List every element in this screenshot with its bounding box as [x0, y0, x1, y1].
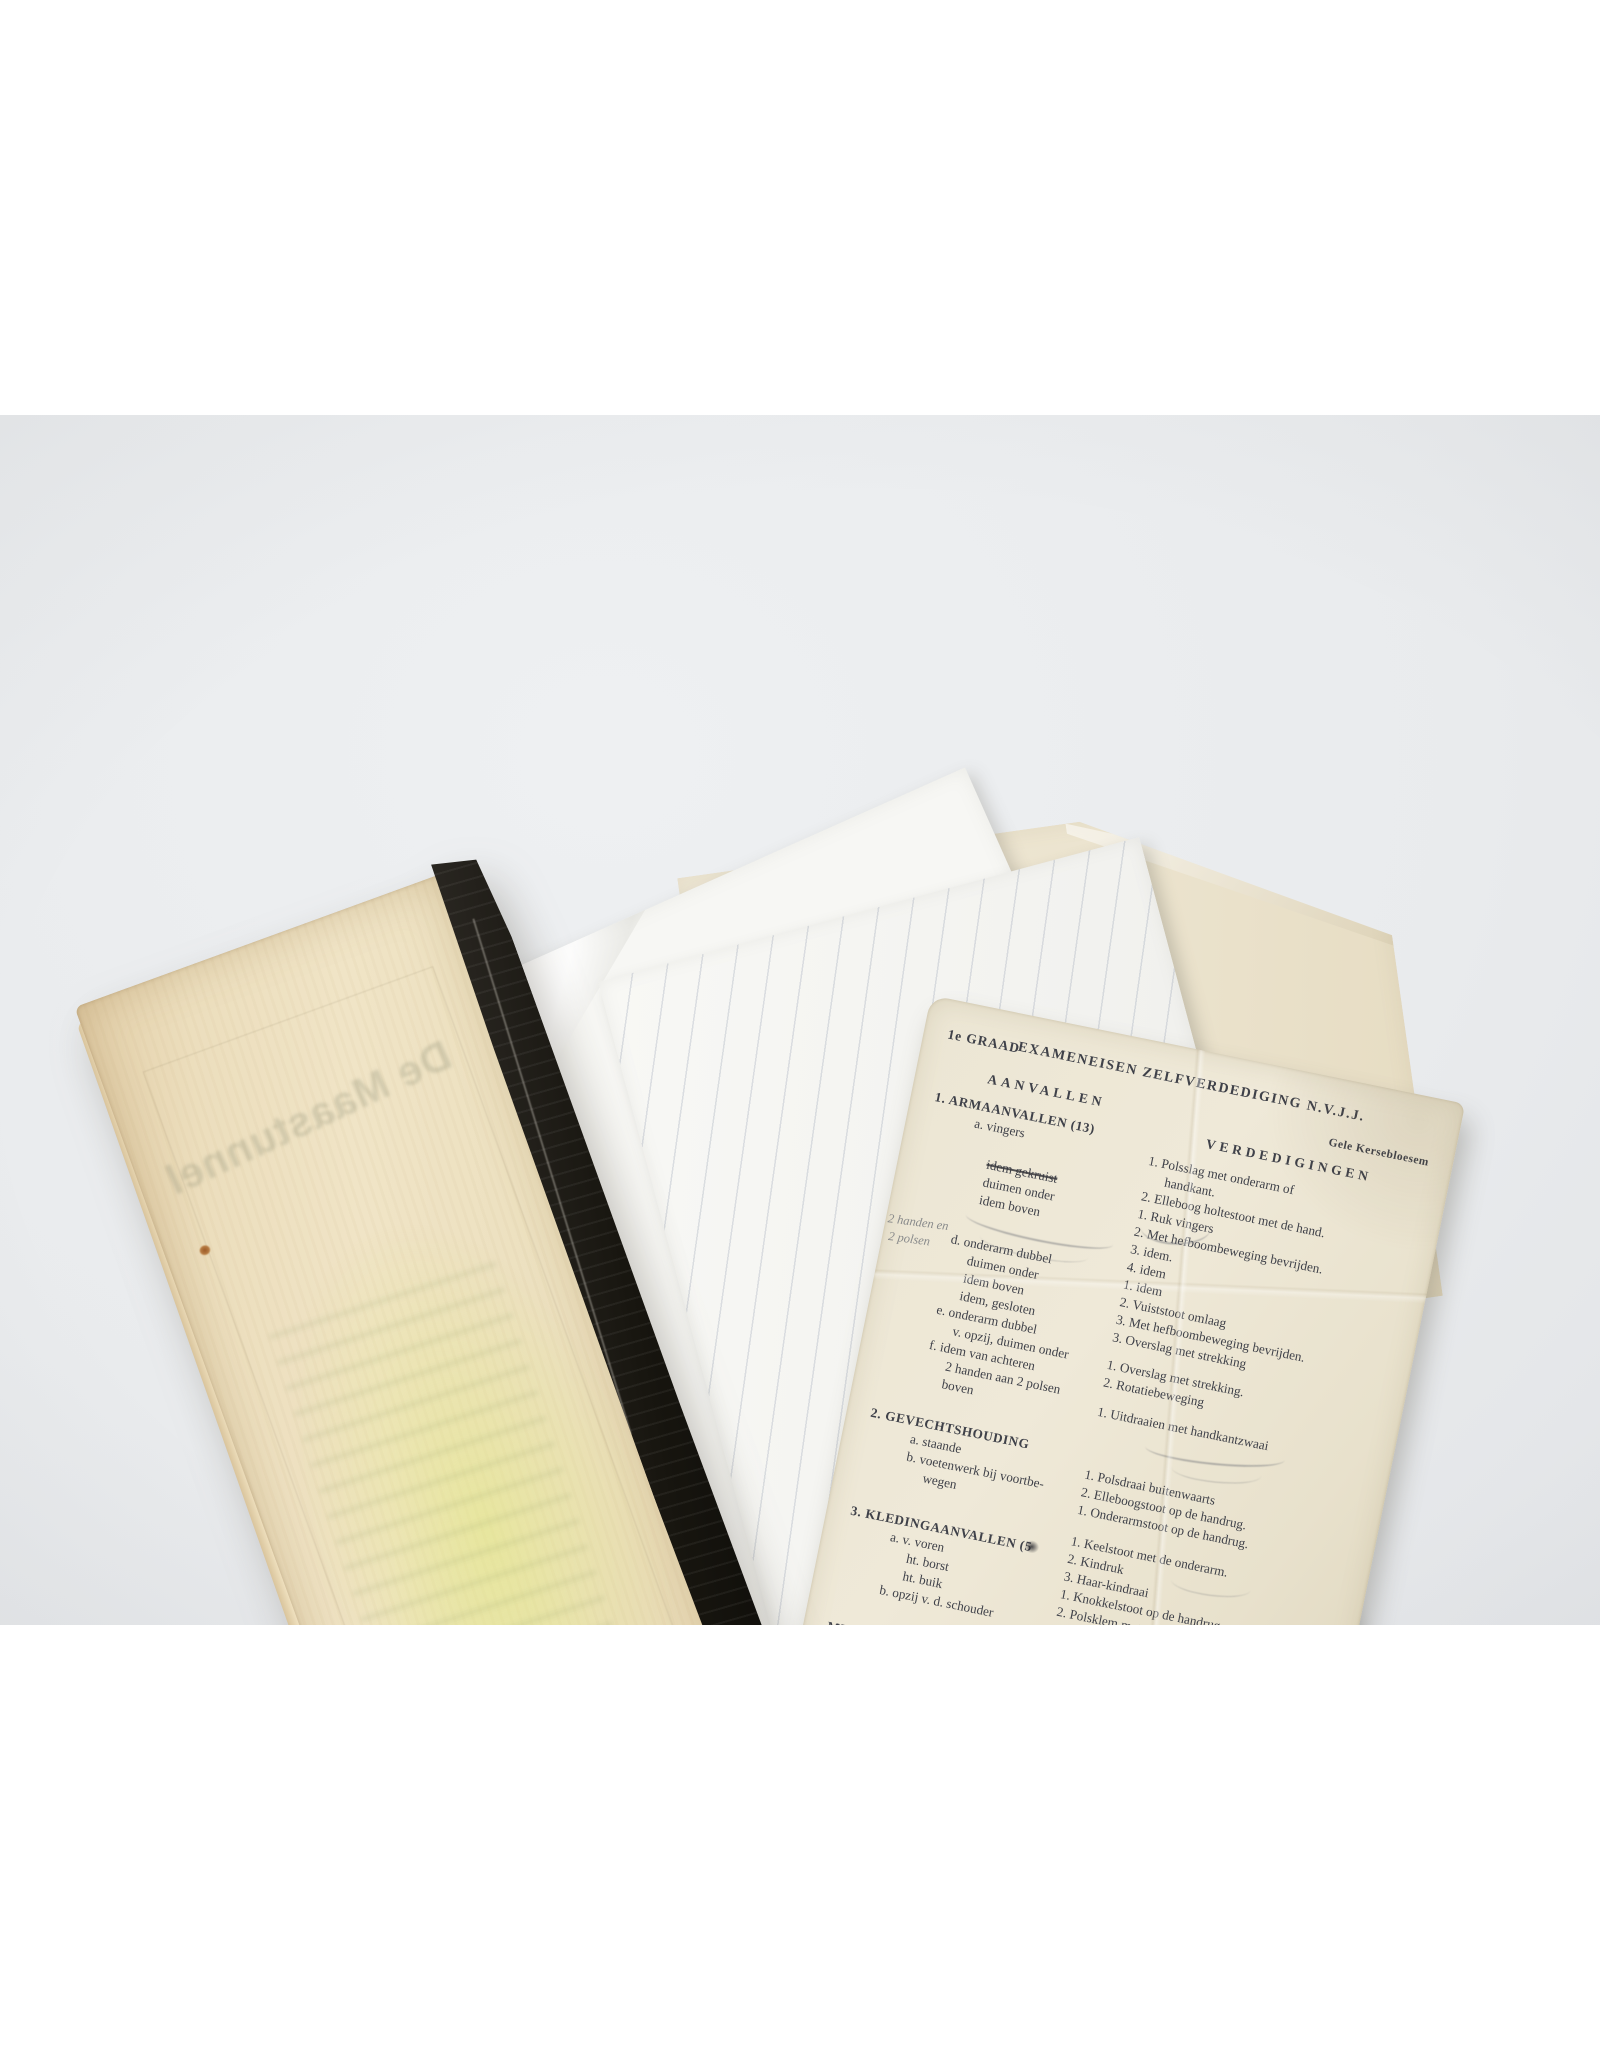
photo-background: 1e GRAAD EXAMENEISEN ZELFVERDEDIGING N.V…	[0, 415, 1600, 1625]
grade-label: 1e GRAAD	[946, 1025, 1022, 1057]
photo-canvas: 1e GRAAD EXAMENEISEN ZELFVERDEDIGING N.V…	[0, 0, 1600, 2048]
